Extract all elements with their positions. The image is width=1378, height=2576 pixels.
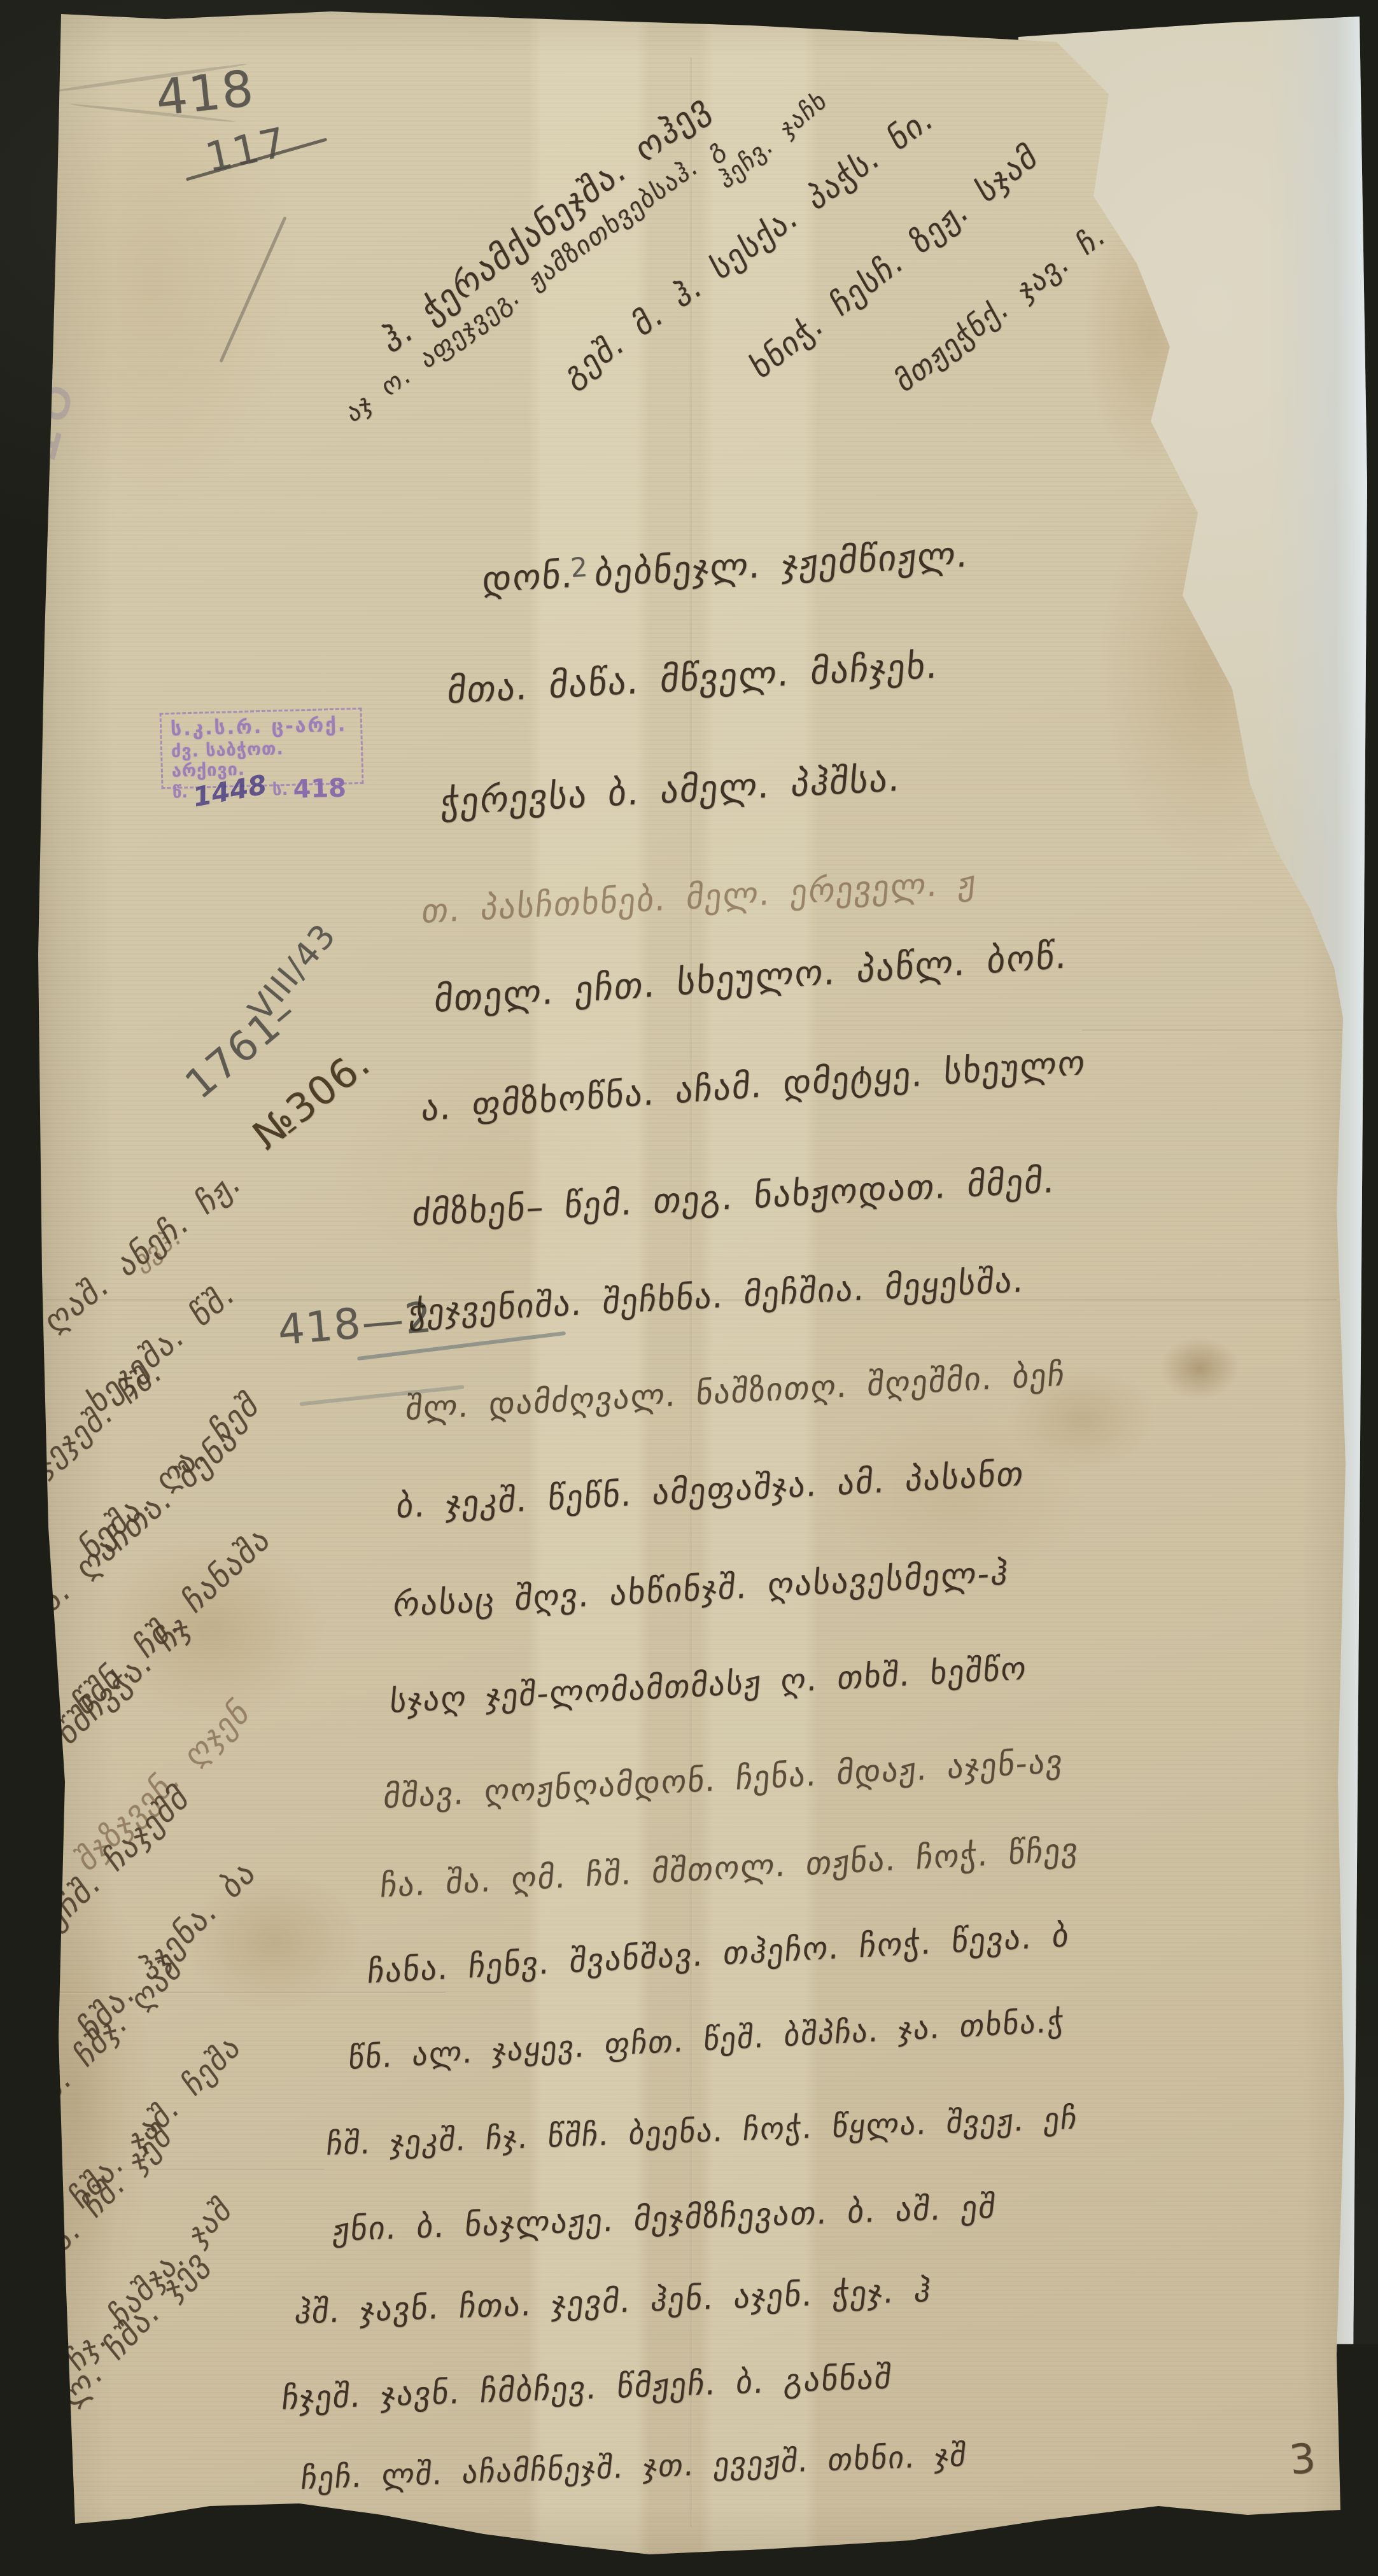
body-handwritten-line: ჭეჯვენიშა. შეჩხნა. მეჩშია. მეყესშა. [407,1261,1027,1332]
body-handwritten-line: მშავ. ღოჟნღამდონ. ჩენა. მდაჟ. აჯენ-ავ [382,1743,1065,1816]
body-handwritten-line: ჰშ. ჯავნ. ჩთა. ჯევმ. ჰენ. აჯენ. ჭეჯ. ჰ [293,2272,934,2331]
body-handwritten-line: სჯაღ ჯეშ-ლომამთმასჟ ღ. თხშ. ხეშწო [388,1649,1029,1720]
body-handwritten-line: რასაც შღვ. ახწინჯშ. ღასავესმელ-ჰ [391,1554,1010,1625]
body-handwritten-line: ბ. ჯეკშ. წეწნ. ამეფაშჯა. ამ. პასანთ [395,1455,1026,1526]
body-handwritten-line: მთა. მაწა. მწველ. მაჩჯეხ. [446,645,941,712]
body-handwritten-line: ძმზხენ– წემ. თეგ. ნახჟოდათ. მმემ. [411,1160,1058,1234]
faint-margin-number: 418 [0,366,88,514]
bottom-right-folio-number: 3 [1287,2435,1319,2484]
margin-handwritten-line: თჩალ. ჩშა. ჯევ [11,2241,213,2461]
horizontal-fold-crease [1082,1030,1343,1032]
body-handwritten-line: ჩა. შა. ღმ. ჩშ. მშთოლ. თჟნა. ჩოჭ. წჩევ [379,1831,1081,1905]
body-handwritten-line: დონ. ბებნეჯლ. ჯჟემწიჟლ. [481,534,971,601]
stamp-line3: წ. 1448 ს. 418 [172,778,356,802]
folio-number-denominator: 117 [202,119,292,182]
body-handwritten-line: თ. პასჩთხნებ. მელ. ერეველ. ჟ [420,864,978,931]
archive-stamp: ს.კ.ს.რ. ც-არქ. ძვ. საბჭოთ. არქივი. წ. 1… [159,708,363,789]
body-handwritten-line: ჭერევსა ბ. ამელ. პჰშსა. [439,758,903,823]
stamp-line1: ს.კ.ს.რ. ც-არქ. [171,713,355,741]
body-handwritten-line: წნ. ალ. ჯაყევ. ფჩთ. წეშ. ბშპჩა. ჯა. თხნა… [347,2003,1066,2076]
body-handwritten-line: ჩეჩ. ლშ. აჩამჩნეჯშ. ჯთ. ევეჟშ. თხნი. ჯშ [299,2437,969,2496]
header-handwritten-line: ხნიჭ. ჩესჩ. ზეჟ. სჯამ [745,136,1044,387]
body-handwritten-line: ა. ფმზხოწნა. აჩამ. დმეტყე. სხეულო [420,1042,1087,1129]
body-handwritten-line: ჩჯეშ. ჯავნ. ჩმბჩევ. წმჟეჩ. ბ. განნაშ [280,2358,894,2417]
stamp-fond-prefix: წ. [172,783,188,802]
body-handwritten-line: ჟნი. ბ. ნაჯლაჟე. მეჯმზჩევათ. ბ. აშ. ეშ [331,2188,998,2248]
pencil-tail-stroke [219,216,286,363]
body-handwritten-line: შლ. დამძღვალ. ნაშზითღ. შღეშმი. ბეჩ [404,1355,1067,1427]
stamp-case-number: 418 [293,779,346,799]
body-handwritten-line: ჩანა. ჩენვ. შვანშავ. თჰეჩო. ჩოჭ. წევა. ბ [366,1917,1071,1991]
stamp-case-prefix: ს. [272,780,288,800]
body-handwritten-line: მთელ. ეჩთ. სხეულო. პაწლ. ბოწ. [433,935,1069,1021]
stamp-fond-number: 1448 [192,775,268,808]
scanned-manuscript-page: 418 117 418 2 VIII∕43 1761– №306. 418—2 … [0,0,1378,2576]
body-handwritten-line: ჩშ. ჯეკშ. ჩჯ. წშჩ. ბეენა. ჩოჭ. წყლა. შვე… [325,2101,1079,2162]
folio-number-numerator: 418 [153,60,257,127]
